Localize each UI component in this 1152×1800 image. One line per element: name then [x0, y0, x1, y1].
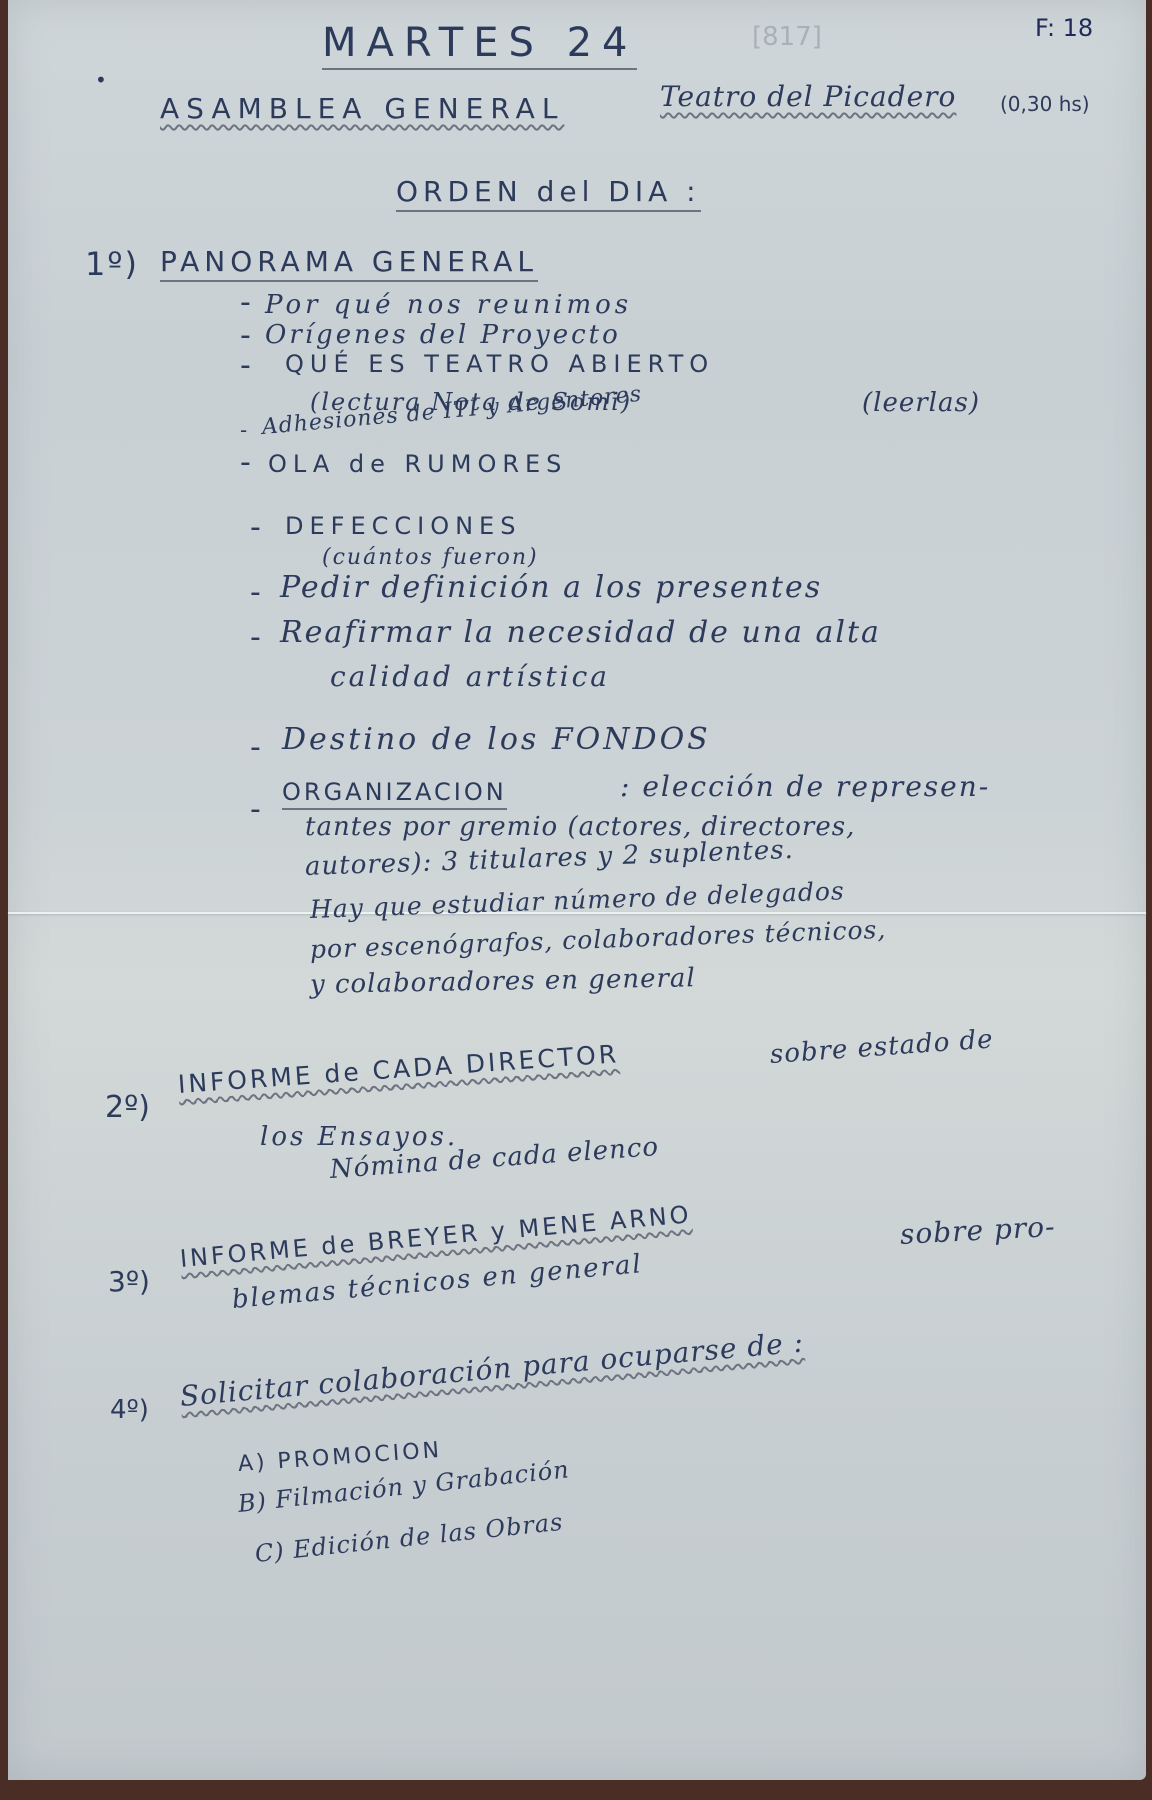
archive-mark: [817] [752, 22, 822, 52]
item-1-sub-1: Orígenes del Proyecto [265, 320, 621, 350]
dash: - [250, 730, 261, 765]
page-number: F: 18 [1035, 14, 1093, 42]
item-1-sub-5: (leerlas) [862, 388, 980, 418]
event-venue: Teatro del Picadero [660, 80, 956, 113]
item-1-sub-2: QUÉ ES TEATRO ABIERTO [285, 350, 714, 378]
item-1-title: PANORAMA GENERAL [160, 245, 538, 282]
dash: - [240, 285, 251, 320]
dash: - [240, 348, 251, 383]
dash: - [250, 575, 261, 610]
dash: - [250, 510, 261, 545]
item-1-sub-8: (cuántos fueron) [322, 545, 539, 570]
event-title: ASAMBLEA GENERAL [160, 92, 564, 125]
item-3-number: 3º) [108, 1265, 150, 1298]
bullet-dot: • [95, 68, 107, 92]
item-1-sub-14: : elección de represen- [620, 770, 990, 803]
item-1-sub-13: ORGANIZACION [282, 778, 507, 810]
item-4-number: 4º) [110, 1395, 149, 1425]
agenda-heading: ORDEN del DIA : [396, 175, 701, 212]
item-1-sub-10: Reafirmar la necesidad de una alta [280, 615, 881, 650]
item-1-sub-11: calidad artística [330, 660, 610, 693]
item-2-number: 2º) [105, 1090, 150, 1125]
dash: - [250, 792, 261, 827]
date-heading: MARTES 24 [322, 20, 637, 70]
item-1-sub-12: Destino de los FONDOS [282, 722, 711, 757]
event-time: (0,30 hs) [1000, 92, 1090, 116]
item-1-number: 1º) [85, 245, 139, 283]
item-1-sub-6: OLA de RUMORES [268, 450, 567, 478]
dash: - [250, 620, 261, 655]
dash: - [240, 418, 247, 442]
item-1-sub-7: DEFECCIONES [285, 512, 521, 540]
item-1-sub-0: Por qué nos reunimos [265, 290, 632, 320]
item-1-sub-9: Pedir definición a los presentes [280, 570, 822, 605]
dash: - [240, 445, 251, 480]
